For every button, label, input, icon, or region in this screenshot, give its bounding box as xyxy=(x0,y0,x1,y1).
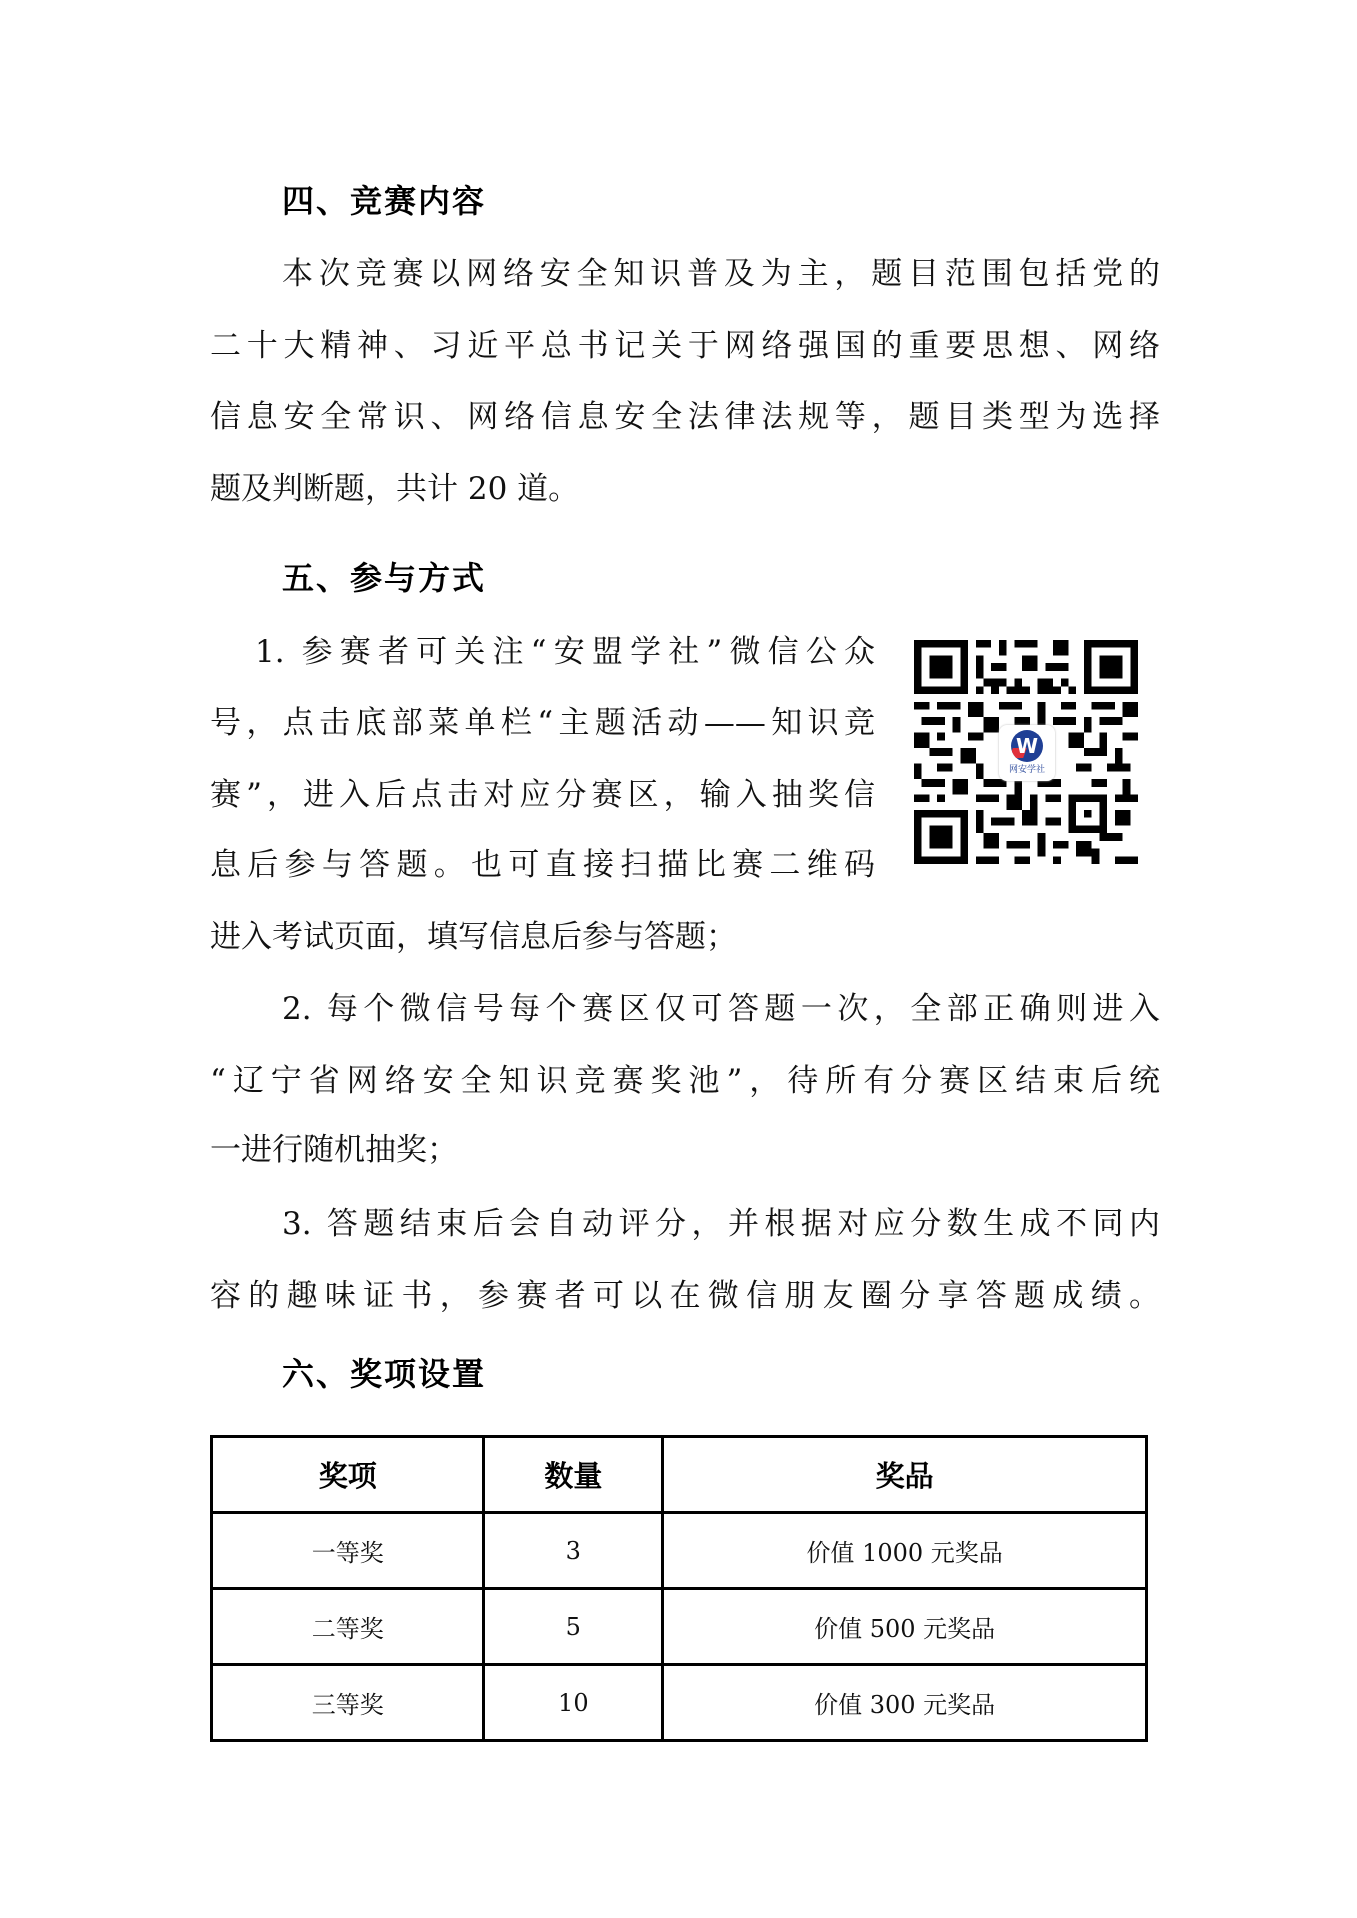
column-header-award: 奖项 xyxy=(212,1437,484,1513)
logo-text: 网安学社 xyxy=(999,765,1055,776)
list-item-line: 息后参与答题。也可直接扫描比赛二维码 xyxy=(210,845,875,885)
paragraph-line: 二十大精神、习近平总书记关于网络强国的重要思想、网络 xyxy=(210,326,1160,366)
table-header-row: 奖项 数量 奖品 xyxy=(212,1437,1147,1513)
table-row: 三等奖 10 价值 300 元奖品 xyxy=(212,1665,1147,1741)
prize-cell: 价值 300 元奖品 xyxy=(663,1665,1147,1741)
award-cell: 一等奖 xyxy=(212,1513,484,1589)
section-heading-participation: 五、参与方式 xyxy=(282,558,486,598)
paragraph-line: 本次竞赛以网络安全知识普及为主，题目范围包括党的 xyxy=(282,254,1160,294)
paragraph-line: 题及判断题，共计 20 道。 xyxy=(210,469,579,509)
quantity-cell: 5 xyxy=(484,1589,663,1665)
list-item-line: 容的趣味证书，参赛者可以在微信朋友圈分享答题成绩。 xyxy=(210,1276,1160,1316)
quantity-cell: 10 xyxy=(484,1665,663,1741)
qr-code: W 网安学社 xyxy=(914,640,1138,864)
table-row: 二等奖 5 价值 500 元奖品 xyxy=(212,1589,1147,1665)
list-item-line: 进入考试页面，填写信息后参与答题； xyxy=(210,917,737,957)
award-cell: 二等奖 xyxy=(212,1589,484,1665)
list-item-line: 2. 每个微信号每个赛区仅可答题一次，全部正确则进入 xyxy=(282,989,1160,1029)
column-header-quantity: 数量 xyxy=(484,1437,663,1513)
column-header-prize: 奖品 xyxy=(663,1437,1147,1513)
document-page: 四、竞赛内容 本次竞赛以网络安全知识普及为主，题目范围包括党的 二十大精神、习近… xyxy=(0,0,1357,1918)
list-item-line: 1. 参赛者可关注“安盟学社”微信公众 xyxy=(255,632,875,672)
list-item-line: 赛”，进入后点击对应分赛区，输入抽奖信 xyxy=(210,775,875,815)
list-item-line: 一进行随机抽奖； xyxy=(210,1130,458,1170)
paragraph-line: 信息安全常识、网络信息安全法律法规等，题目类型为选择 xyxy=(210,397,1160,437)
prize-cell: 价值 500 元奖品 xyxy=(663,1589,1147,1665)
quantity-cell: 3 xyxy=(484,1513,663,1589)
prize-cell: 价值 1000 元奖品 xyxy=(663,1513,1147,1589)
list-item-line: “辽宁省网络安全知识竞赛奖池”，待所有分赛区结束后统 xyxy=(210,1061,1160,1101)
section-heading-competition-content: 四、竞赛内容 xyxy=(282,181,486,221)
award-cell: 三等奖 xyxy=(212,1665,484,1741)
brand-logo-icon: W xyxy=(1011,730,1043,762)
awards-table: 奖项 数量 奖品 一等奖 3 价值 1000 元奖品 二等奖 5 价值 500 … xyxy=(210,1435,1148,1742)
qr-center-logo: W 网安学社 xyxy=(999,725,1055,781)
list-item-line: 3. 答题结束后会自动评分，并根据对应分数生成不同内 xyxy=(282,1204,1160,1244)
table-row: 一等奖 3 价值 1000 元奖品 xyxy=(212,1513,1147,1589)
list-item-line: 号，点击底部菜单栏“主题活动——知识竞 xyxy=(210,703,875,743)
section-heading-awards: 六、奖项设置 xyxy=(282,1354,486,1394)
